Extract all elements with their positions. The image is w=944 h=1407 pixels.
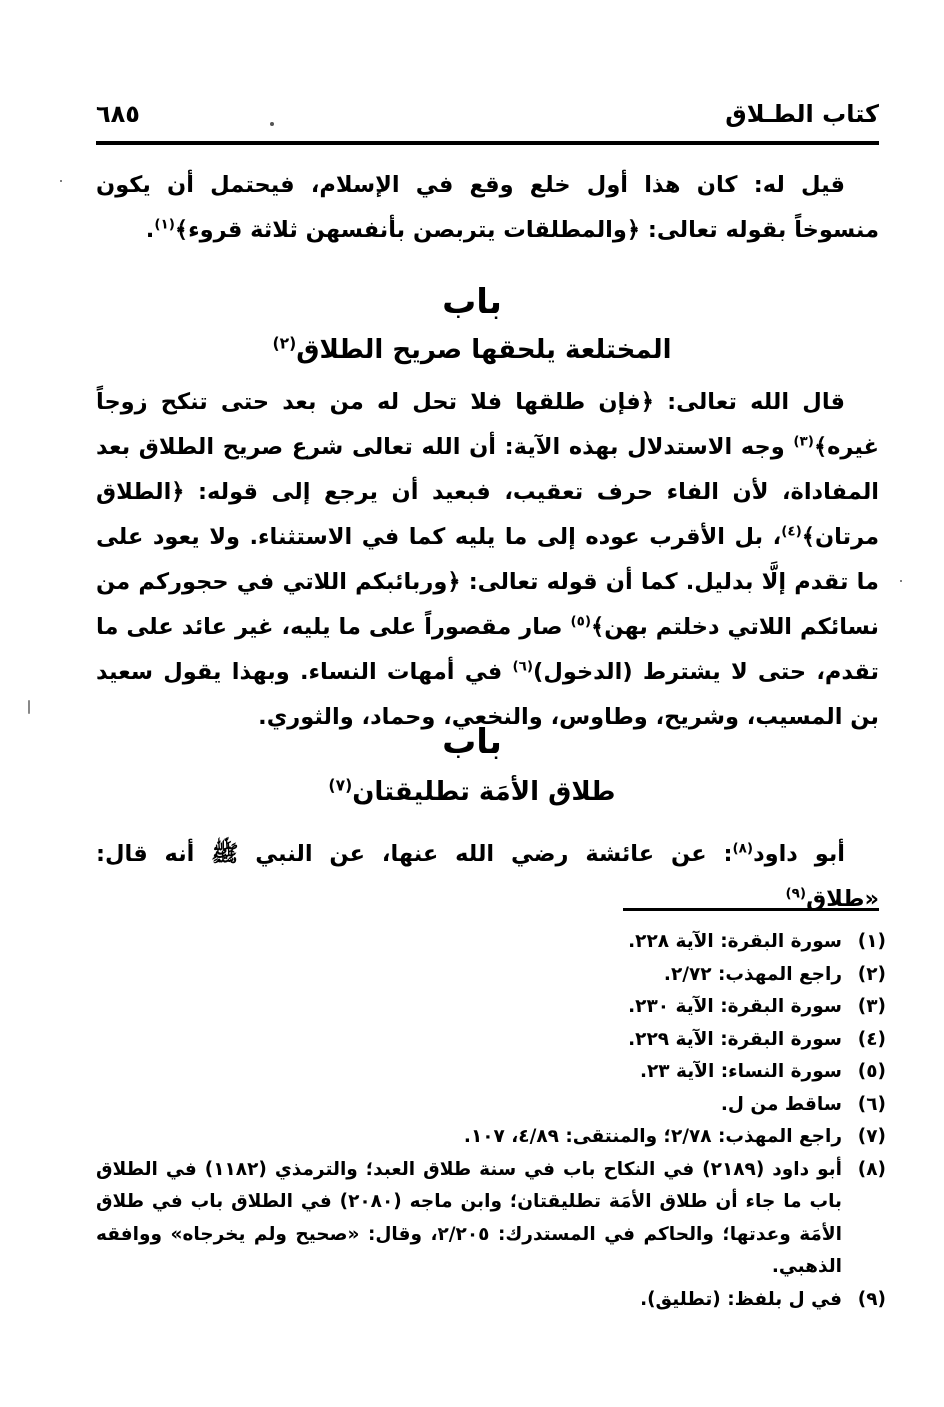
footnote-number: (٨)	[842, 1154, 886, 1187]
footnote-separator	[623, 908, 879, 911]
footnote-text: راجع المهذب: ٢/٧٢.	[96, 959, 842, 992]
footnote-ref-2: (٢)	[272, 334, 296, 352]
paragraph-2: قال الله تعالى: ﴿فإن طلقها فلا تحل له من…	[96, 380, 879, 740]
section-title-2: طلاق الأمَة تطليقتان(٧)	[0, 772, 944, 812]
footnote-item: (٤)سورة البقرة: الآية ٢٢٩.	[96, 1024, 886, 1057]
bab-heading-1: باب	[0, 282, 944, 322]
footnote-item: (٩)في ل بلفظ: (تطليق).	[96, 1284, 886, 1317]
section-title-1: المختلعة يلحقها صريح الطلاق(٢)	[0, 330, 944, 370]
footnote-ref-8: (٨)	[732, 841, 753, 857]
footnote-ref-1: (١)	[154, 217, 175, 233]
footnote-text: في ل بلفظ: (تطليق).	[96, 1284, 842, 1317]
paragraph-text: قيل له: كان هذا أول خلع وقع في الإسلام، …	[96, 172, 879, 243]
footnote-text: سورة البقرة: الآية ٢٣٠.	[96, 991, 842, 1024]
footnote-number: (٧)	[842, 1121, 886, 1154]
footnotes: (١)سورة البقرة: الآية ٢٢٨. (٢)راجع المهذ…	[96, 926, 886, 1316]
footnote-text: سورة البقرة: الآية ٢٢٩.	[96, 1024, 842, 1057]
scan-speck	[270, 122, 274, 126]
footnote-item: (٣)سورة البقرة: الآية ٢٣٠.	[96, 991, 886, 1024]
scan-speck	[60, 180, 62, 182]
footnote-ref-4: (٤)	[781, 524, 802, 540]
page-header: كتاب الطـلاق ٦٨٥	[96, 96, 879, 136]
scan-speck	[440, 1230, 442, 1232]
footnote-ref-9: (٩)	[785, 886, 806, 902]
scan-speck	[28, 700, 30, 714]
footnote-text: سورة النساء: الآية ٢٣.	[96, 1056, 842, 1089]
footnote-item: (٨)أبو داود (٢١٨٩) في النكاح باب في سنة …	[96, 1154, 886, 1284]
bab-heading-2: باب	[0, 722, 944, 762]
footnote-item: (١)سورة البقرة: الآية ٢٢٨.	[96, 926, 886, 959]
footnote-text: سورة البقرة: الآية ٢٢٨.	[96, 926, 842, 959]
page-number: ٦٨٥	[96, 100, 140, 128]
footnote-text: أبو داود (٢١٨٩) في النكاح باب في سنة طلا…	[96, 1154, 842, 1284]
section-title-text: طلاق الأمَة تطليقتان	[352, 777, 615, 807]
footnote-text: راجع المهذب: ٢/٧٨؛ والمنتقى: ٤/٨٩، ١٠٧.	[96, 1121, 842, 1154]
running-title: كتاب الطـلاق	[725, 100, 879, 128]
footnote-item: (٦)ساقط من ل.	[96, 1089, 886, 1122]
section-title-text: المختلعة يلحقها صريح الطلاق	[296, 335, 671, 365]
footnote-ref-7: (٧)	[328, 776, 352, 794]
paragraph-text: أبو داود	[753, 841, 845, 867]
footnote-number: (٥)	[842, 1056, 886, 1089]
footnote-text: ساقط من ل.	[96, 1089, 842, 1122]
footnote-number: (٦)	[842, 1089, 886, 1122]
footnote-number: (٤)	[842, 1024, 886, 1057]
footnote-ref-6: (٦)	[512, 659, 533, 675]
footnote-number: (٢)	[842, 959, 886, 992]
paragraph-1: قيل له: كان هذا أول خلع وقع في الإسلام، …	[96, 163, 879, 253]
footnote-number: (٩)	[842, 1284, 886, 1317]
footnote-ref-5: (٥)	[570, 614, 591, 630]
book-page: كتاب الطـلاق ٦٨٥ قيل له: كان هذا أول خلع…	[0, 0, 944, 1407]
footnote-item: (٥)سورة النساء: الآية ٢٣.	[96, 1056, 886, 1089]
footnote-number: (١)	[842, 926, 886, 959]
footnote-number: (٣)	[842, 991, 886, 1024]
footnote-ref-3: (٣)	[793, 434, 814, 450]
scan-speck	[900, 580, 902, 582]
footnote-item: (٢)راجع المهذب: ٢/٧٢.	[96, 959, 886, 992]
header-rule	[96, 141, 879, 145]
footnote-item: (٧)راجع المهذب: ٢/٧٨؛ والمنتقى: ٤/٨٩، ١٠…	[96, 1121, 886, 1154]
